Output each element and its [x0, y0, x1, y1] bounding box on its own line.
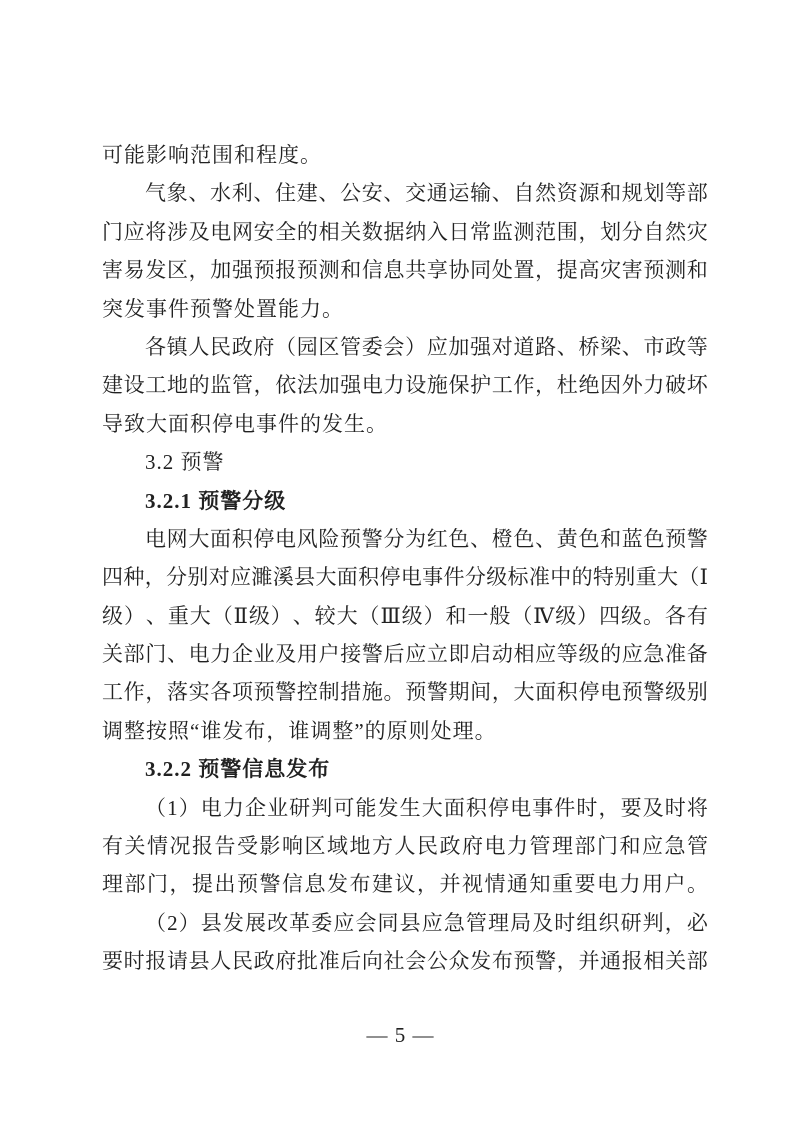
- text-line: 3.2 预警: [102, 443, 708, 481]
- text-line: 各镇人民政府（园区管委会）应加强对道路、桥梁、市政等: [102, 328, 708, 366]
- text-line: 级）、重大（Ⅱ级）、较大（Ⅲ级）和一般（Ⅳ级）四级。各有: [102, 597, 708, 635]
- text-line: 理部门，提出预警信息发布建议，并视情通知重要电力用户。: [102, 865, 708, 903]
- text-line: 3.2.1 预警分级: [102, 482, 708, 520]
- text-line: 3.2.2 预警信息发布: [102, 750, 708, 788]
- text-line: 可能影响范围和程度。: [102, 136, 708, 174]
- text-line: 要时报请县人民政府批准后向社会公众发布预警，并通报相关部: [102, 942, 708, 980]
- page-number: — 5 —: [0, 1015, 793, 1055]
- text-line: （1）电力企业研判可能发生大面积停电事件时，要及时将: [102, 789, 708, 827]
- document-page: 可能影响范围和程度。气象、水利、住建、公安、交通运输、自然资源和规划等部门应将涉…: [0, 0, 793, 1122]
- text-line: 电网大面积停电风险预警分为红色、橙色、黄色和蓝色预警: [102, 520, 708, 558]
- text-line: 调整按照“谁发布，谁调整”的原则处理。: [102, 712, 708, 750]
- text-line: 有关情况报告受影响区域地方人民政府电力管理部门和应急管: [102, 827, 708, 865]
- text-line: 工作，落实各项预警控制措施。预警期间，大面积停电预警级别: [102, 673, 708, 711]
- text-line: 关部门、电力企业及用户接警后应立即启动相应等级的应急准备: [102, 635, 708, 673]
- text-line: 建设工地的监管，依法加强电力设施保护工作，杜绝因外力破坏: [102, 366, 708, 404]
- text-line: 害易发区，加强预报预测和信息共享协同处置，提高灾害预测和: [102, 251, 708, 289]
- text-line: 气象、水利、住建、公安、交通运输、自然资源和规划等部: [102, 174, 708, 212]
- text-line: 突发事件预警处置能力。: [102, 290, 708, 328]
- text-line: （2）县发展改革委应会同县应急管理局及时组织研判，必: [102, 904, 708, 942]
- text-line: 门应将涉及电网安全的相关数据纳入日常监测范围，划分自然灾: [102, 213, 708, 251]
- text-line: 四种，分别对应濉溪县大面积停电事件分级标准中的特别重大（Ⅰ: [102, 558, 708, 596]
- text-line: 导致大面积停电事件的发生。: [102, 405, 708, 443]
- document-body: 可能影响范围和程度。气象、水利、住建、公安、交通运输、自然资源和规划等部门应将涉…: [102, 136, 708, 981]
